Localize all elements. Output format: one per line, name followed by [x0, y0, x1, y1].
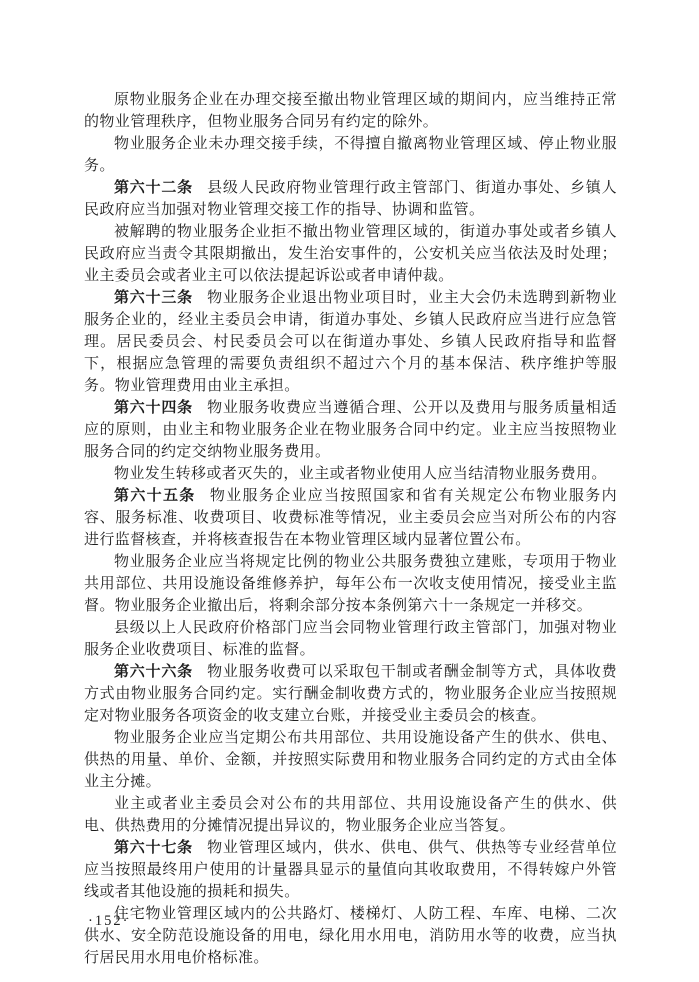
paragraph: 被解聘的物业服务企业拒不撤出物业管理区域的，街道办事处或者乡镇人民政府应当责令其…	[84, 221, 617, 287]
paragraph: 住宅物业管理区域内的公共路灯、楼梯灯、人防工程、车库、电梯、二次供水、安全防范设…	[84, 903, 617, 969]
paragraph-text: 物业服务企业应当定期公布共用部位、共用设施设备产生的供水、供电、供热的用量、单价…	[84, 730, 617, 790]
paragraph-text: 物业服务企业未办理交接手续，不得擅自撤离物业管理区域、停止物业服务。	[84, 136, 617, 174]
paragraph: 第六十五条物业服务企业应当按照国家和省有关规定公布物业服务内容、服务标准、收费项…	[84, 485, 617, 551]
paragraph: 业主或者业主委员会对公布的共用部位、共用设施设备产生的供水、供电、供热费用的分摊…	[84, 793, 617, 837]
document-body: 原物业服务企业在办理交接至撤出物业管理区域的期间内，应当维持正常的物业管理秩序，…	[84, 89, 617, 969]
paragraph: 物业服务企业应当定期公布共用部位、共用设施设备产生的供水、供电、供热的用量、单价…	[84, 727, 617, 793]
paragraph: 县级以上人民政府价格部门应当会同物业管理行政主管部门，加强对物业服务企业收费项目…	[84, 617, 617, 661]
article-number: 第六十四条	[114, 400, 193, 416]
paragraph: 物业服务企业未办理交接手续，不得擅自撤离物业管理区域、停止物业服务。	[84, 133, 617, 177]
paragraph: 物业服务企业应当将规定比例的物业公共服务费独立建账，专项用于物业共用部位、共用设…	[84, 551, 617, 617]
paragraph-text: 物业服务企业应当将规定比例的物业公共服务费独立建账，专项用于物业共用部位、共用设…	[84, 554, 617, 614]
paragraph: 第六十四条物业服务收费应当遵循合理、公开以及费用与服务质量相适应的原则，由业主和…	[84, 397, 617, 463]
paragraph: 第六十二条县级人民政府物业管理行政主管部门、街道办事处、乡镇人民政府应当加强对物…	[84, 177, 617, 221]
paragraph-text: 县级以上人民政府价格部门应当会同物业管理行政主管部门，加强对物业服务企业收费项目…	[84, 620, 617, 658]
paragraph: 第六十三条物业服务企业退出物业项目时，业主大会仍未选聘到新物业服务企业的，经业主…	[84, 287, 617, 397]
paragraph-text: 原物业服务企业在办理交接至撤出物业管理区域的期间内，应当维持正常的物业管理秩序，…	[84, 92, 617, 130]
article-number: 第六十六条	[114, 664, 193, 680]
article-number: 第六十三条	[114, 290, 193, 306]
paragraph: 物业发生转移或者灭失的，业主或者物业使用人应当结清物业服务费用。	[84, 463, 617, 485]
article-number: 第六十七条	[114, 840, 193, 856]
article-number: 第六十二条	[114, 180, 193, 196]
page-number: ·152·	[88, 913, 129, 930]
paragraph-text: 住宅物业管理区域内的公共路灯、楼梯灯、人防工程、车库、电梯、二次供水、安全防范设…	[84, 906, 617, 966]
document-page: 原物业服务企业在办理交接至撤出物业管理区域的期间内，应当维持正常的物业管理秩序，…	[0, 0, 699, 982]
article-number: 第六十五条	[114, 488, 196, 504]
paragraph: 原物业服务企业在办理交接至撤出物业管理区域的期间内，应当维持正常的物业管理秩序，…	[84, 89, 617, 133]
paragraph-text: 被解聘的物业服务企业拒不撤出物业管理区域的，街道办事处或者乡镇人民政府应当责令其…	[84, 224, 617, 284]
paragraph: 第六十七条物业管理区域内，供水、供电、供气、供热等专业经营单位应当按照最终用户使…	[84, 837, 617, 903]
paragraph: 第六十六条物业服务收费可以采取包干制或者酬金制等方式，具体收费方式由物业服务合同…	[84, 661, 617, 727]
paragraph-text: 物业发生转移或者灭失的，业主或者物业使用人应当结清物业服务费用。	[114, 466, 607, 482]
paragraph-text: 业主或者业主委员会对公布的共用部位、共用设施设备产生的供水、供电、供热费用的分摊…	[84, 796, 617, 834]
